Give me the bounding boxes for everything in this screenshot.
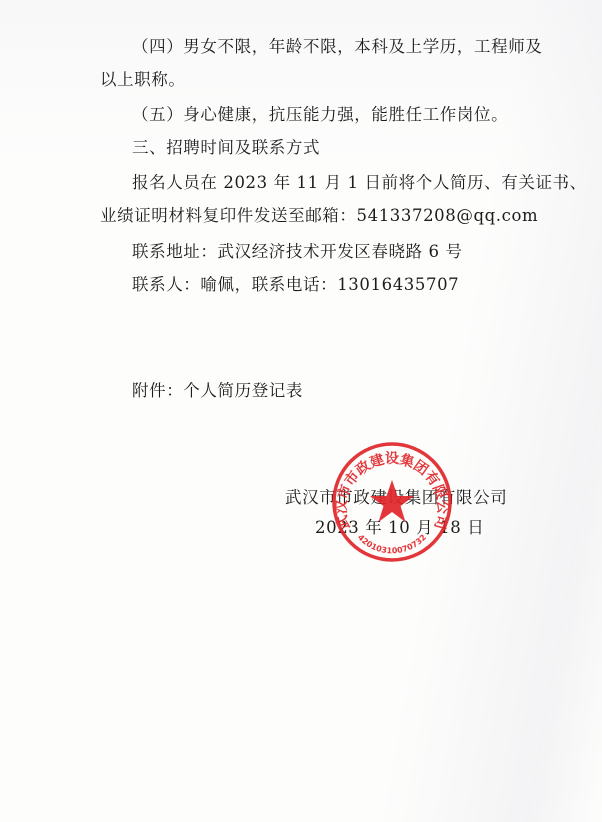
contact-person: 联系人：喻佩，联系电话：13016435707 (132, 275, 562, 295)
official-seal-icon: 武汉市市政建设集团有限公司 42010310070732 (330, 440, 454, 564)
star-icon (370, 480, 414, 522)
contact-address: 联系地址：武汉经济技术开发区春晓路 6 号 (132, 242, 562, 262)
requirement-4-line2: 以上职称。 (100, 70, 530, 90)
apply-instructions-line2: 业绩证明材料复印件发送至邮箱：541337208@qq.com (100, 206, 530, 226)
section-3-heading: 三、招聘时间及联系方式 (132, 138, 562, 158)
requirement-4-line1: （四）男女不限，年龄不限，本科及上学历，工程师及 (132, 37, 562, 57)
svg-text:42010310070732: 42010310070732 (356, 533, 428, 556)
attachment-note: 附件：个人简历登记表 (132, 381, 562, 401)
apply-instructions-line1: 报名人员在 2023 年 11 月 1 日前将个人简历、有关证书、 (132, 173, 562, 193)
requirement-5: （五）身心健康，抗压能力强，能胜任工作岗位。 (132, 105, 562, 125)
